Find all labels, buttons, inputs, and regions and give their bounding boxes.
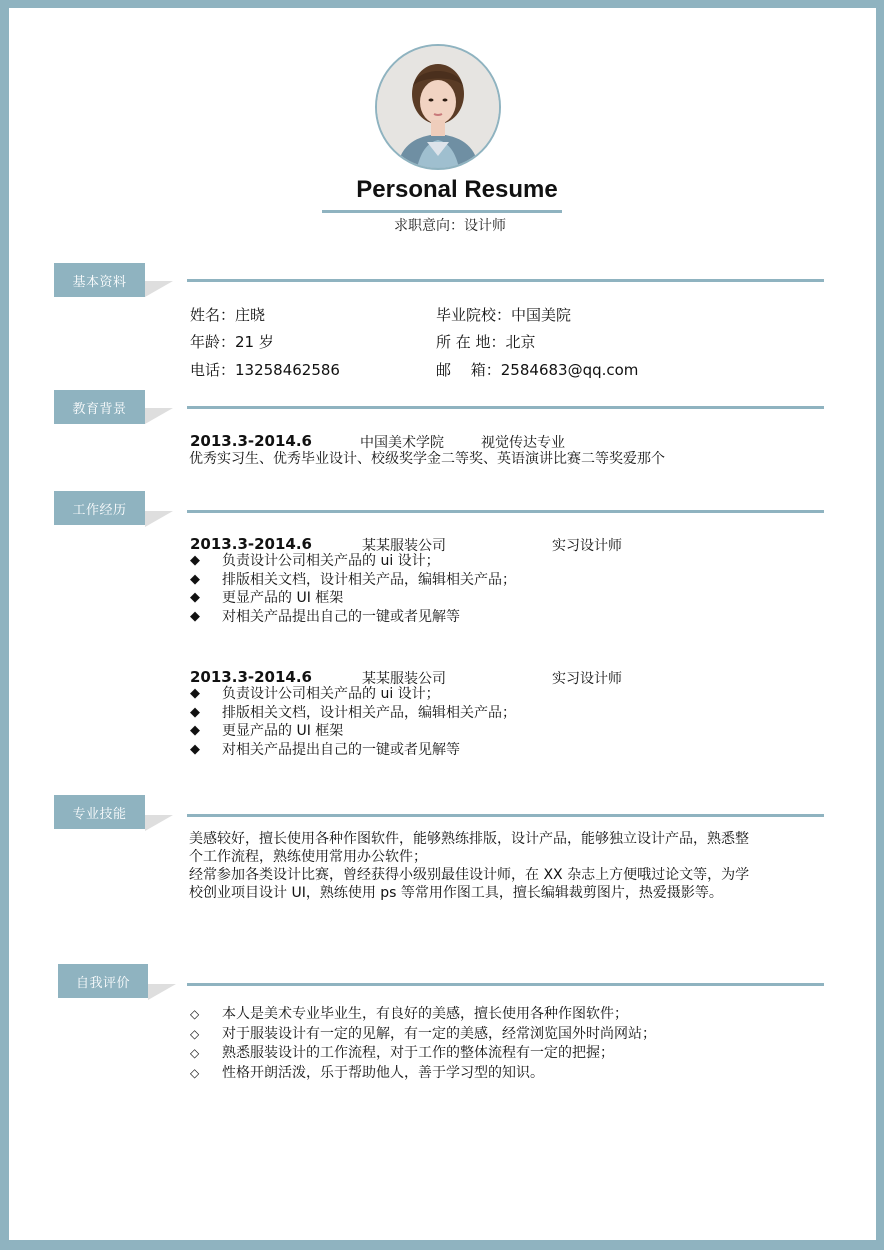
list-item: ◆负责设计公司相关产品的 ui 设计； (190, 552, 516, 571)
hollow-diamond-bullet-icon: ◇ (190, 1044, 222, 1064)
section-tag-tail (145, 281, 173, 297)
education-school: 中国美术学院 (360, 432, 444, 452)
skills-text: 美感较好，擅长使用各种作图软件，能够熟练排版，设计产品，能够独立设计产品，熟悉整… (189, 830, 819, 902)
title-divider (322, 210, 562, 213)
field-location: 所 在 地：北京 (436, 331, 536, 352)
list-item: ◆对相关产品提出自己的一键或者见解等 (190, 741, 516, 760)
list-item: ◆排版相关文档，设计相关产品，编辑相关产品； (190, 571, 516, 590)
work-duties-list: ◆负责设计公司相关产品的 ui 设计； ◆排版相关文档，设计相关产品，编辑相关产… (190, 685, 516, 759)
section-divider (187, 510, 824, 513)
list-item: ◇本人是美术专业毕业生，有良好的美感，擅长使用各种作图软件； (190, 1005, 656, 1025)
diamond-bullet-icon: ◆ (190, 741, 222, 760)
work-period: 2013.3-2014.6 (190, 535, 312, 553)
section-divider (187, 406, 824, 409)
section-tag-tail (145, 408, 173, 424)
section-tag-basic: 基本资料 (54, 263, 145, 297)
education-major: 视觉传达专业 (481, 432, 565, 452)
diamond-bullet-icon: ◆ (190, 589, 222, 608)
list-item: ◇性格开朗活泼，乐于帮助他人，善于学习型的知识。 (190, 1064, 656, 1084)
section-tag-skills: 专业技能 (54, 795, 145, 829)
work-period: 2013.3-2014.6 (190, 668, 312, 686)
work-role: 实习设计师 (552, 535, 622, 555)
hollow-diamond-bullet-icon: ◇ (190, 1064, 222, 1084)
work-role: 实习设计师 (552, 668, 622, 688)
section-tag-work: 工作经历 (54, 491, 145, 525)
list-item: ◆排版相关文档，设计相关产品，编辑相关产品； (190, 704, 516, 723)
list-item: ◇熟悉服装设计的工作流程，对于工作的整体流程有一定的把握； (190, 1044, 656, 1064)
section-tag-education: 教育背景 (54, 390, 145, 424)
diamond-bullet-icon: ◆ (190, 608, 222, 627)
field-school: 毕业院校：中国美院 (436, 304, 571, 325)
section-divider (187, 279, 824, 282)
education-description: 优秀实习生、优秀毕业设计、校级奖学金二等奖、英语演讲比赛二等奖爱那个 (189, 450, 694, 468)
portrait-image (377, 46, 499, 168)
job-objective: 求职意向：设计师 (300, 215, 600, 235)
field-name: 姓名：庄晓 (190, 304, 265, 325)
list-item: ◆更显产品的 UI 框架 (190, 722, 516, 741)
field-age: 年龄：21 岁 (190, 331, 274, 352)
list-item: ◆负责设计公司相关产品的 ui 设计； (190, 685, 516, 704)
section-tag-tail (145, 815, 173, 831)
avatar (375, 44, 501, 170)
diamond-bullet-icon: ◆ (190, 685, 222, 704)
diamond-bullet-icon: ◆ (190, 571, 222, 590)
diamond-bullet-icon: ◆ (190, 552, 222, 571)
list-item: ◆对相关产品提出自己的一键或者见解等 (190, 608, 516, 627)
hollow-diamond-bullet-icon: ◇ (190, 1005, 222, 1025)
field-email: 邮 箱：2584683@qq.com (436, 359, 638, 380)
diamond-bullet-icon: ◆ (190, 704, 222, 723)
education-period: 2013.3-2014.6 (190, 432, 312, 450)
section-tag-tail (145, 511, 173, 527)
field-phone: 电话：13258462586 (190, 359, 340, 380)
list-item: ◇对于服装设计有一定的见解，有一定的美感，经常浏览国外时尚网站； (190, 1025, 656, 1045)
diamond-bullet-icon: ◆ (190, 722, 222, 741)
list-item: ◆更显产品的 UI 框架 (190, 589, 516, 608)
section-divider (187, 983, 824, 986)
hollow-diamond-bullet-icon: ◇ (190, 1025, 222, 1045)
section-tag-self-eval: 自我评价 (58, 964, 148, 998)
page-title: Personal Resume (300, 176, 614, 204)
self-eval-list: ◇本人是美术专业毕业生，有良好的美感，擅长使用各种作图软件； ◇对于服装设计有一… (190, 1005, 656, 1083)
work-duties-list: ◆负责设计公司相关产品的 ui 设计； ◆排版相关文档，设计相关产品，编辑相关产… (190, 552, 516, 626)
section-tag-tail (148, 984, 176, 1000)
section-divider (187, 814, 824, 817)
